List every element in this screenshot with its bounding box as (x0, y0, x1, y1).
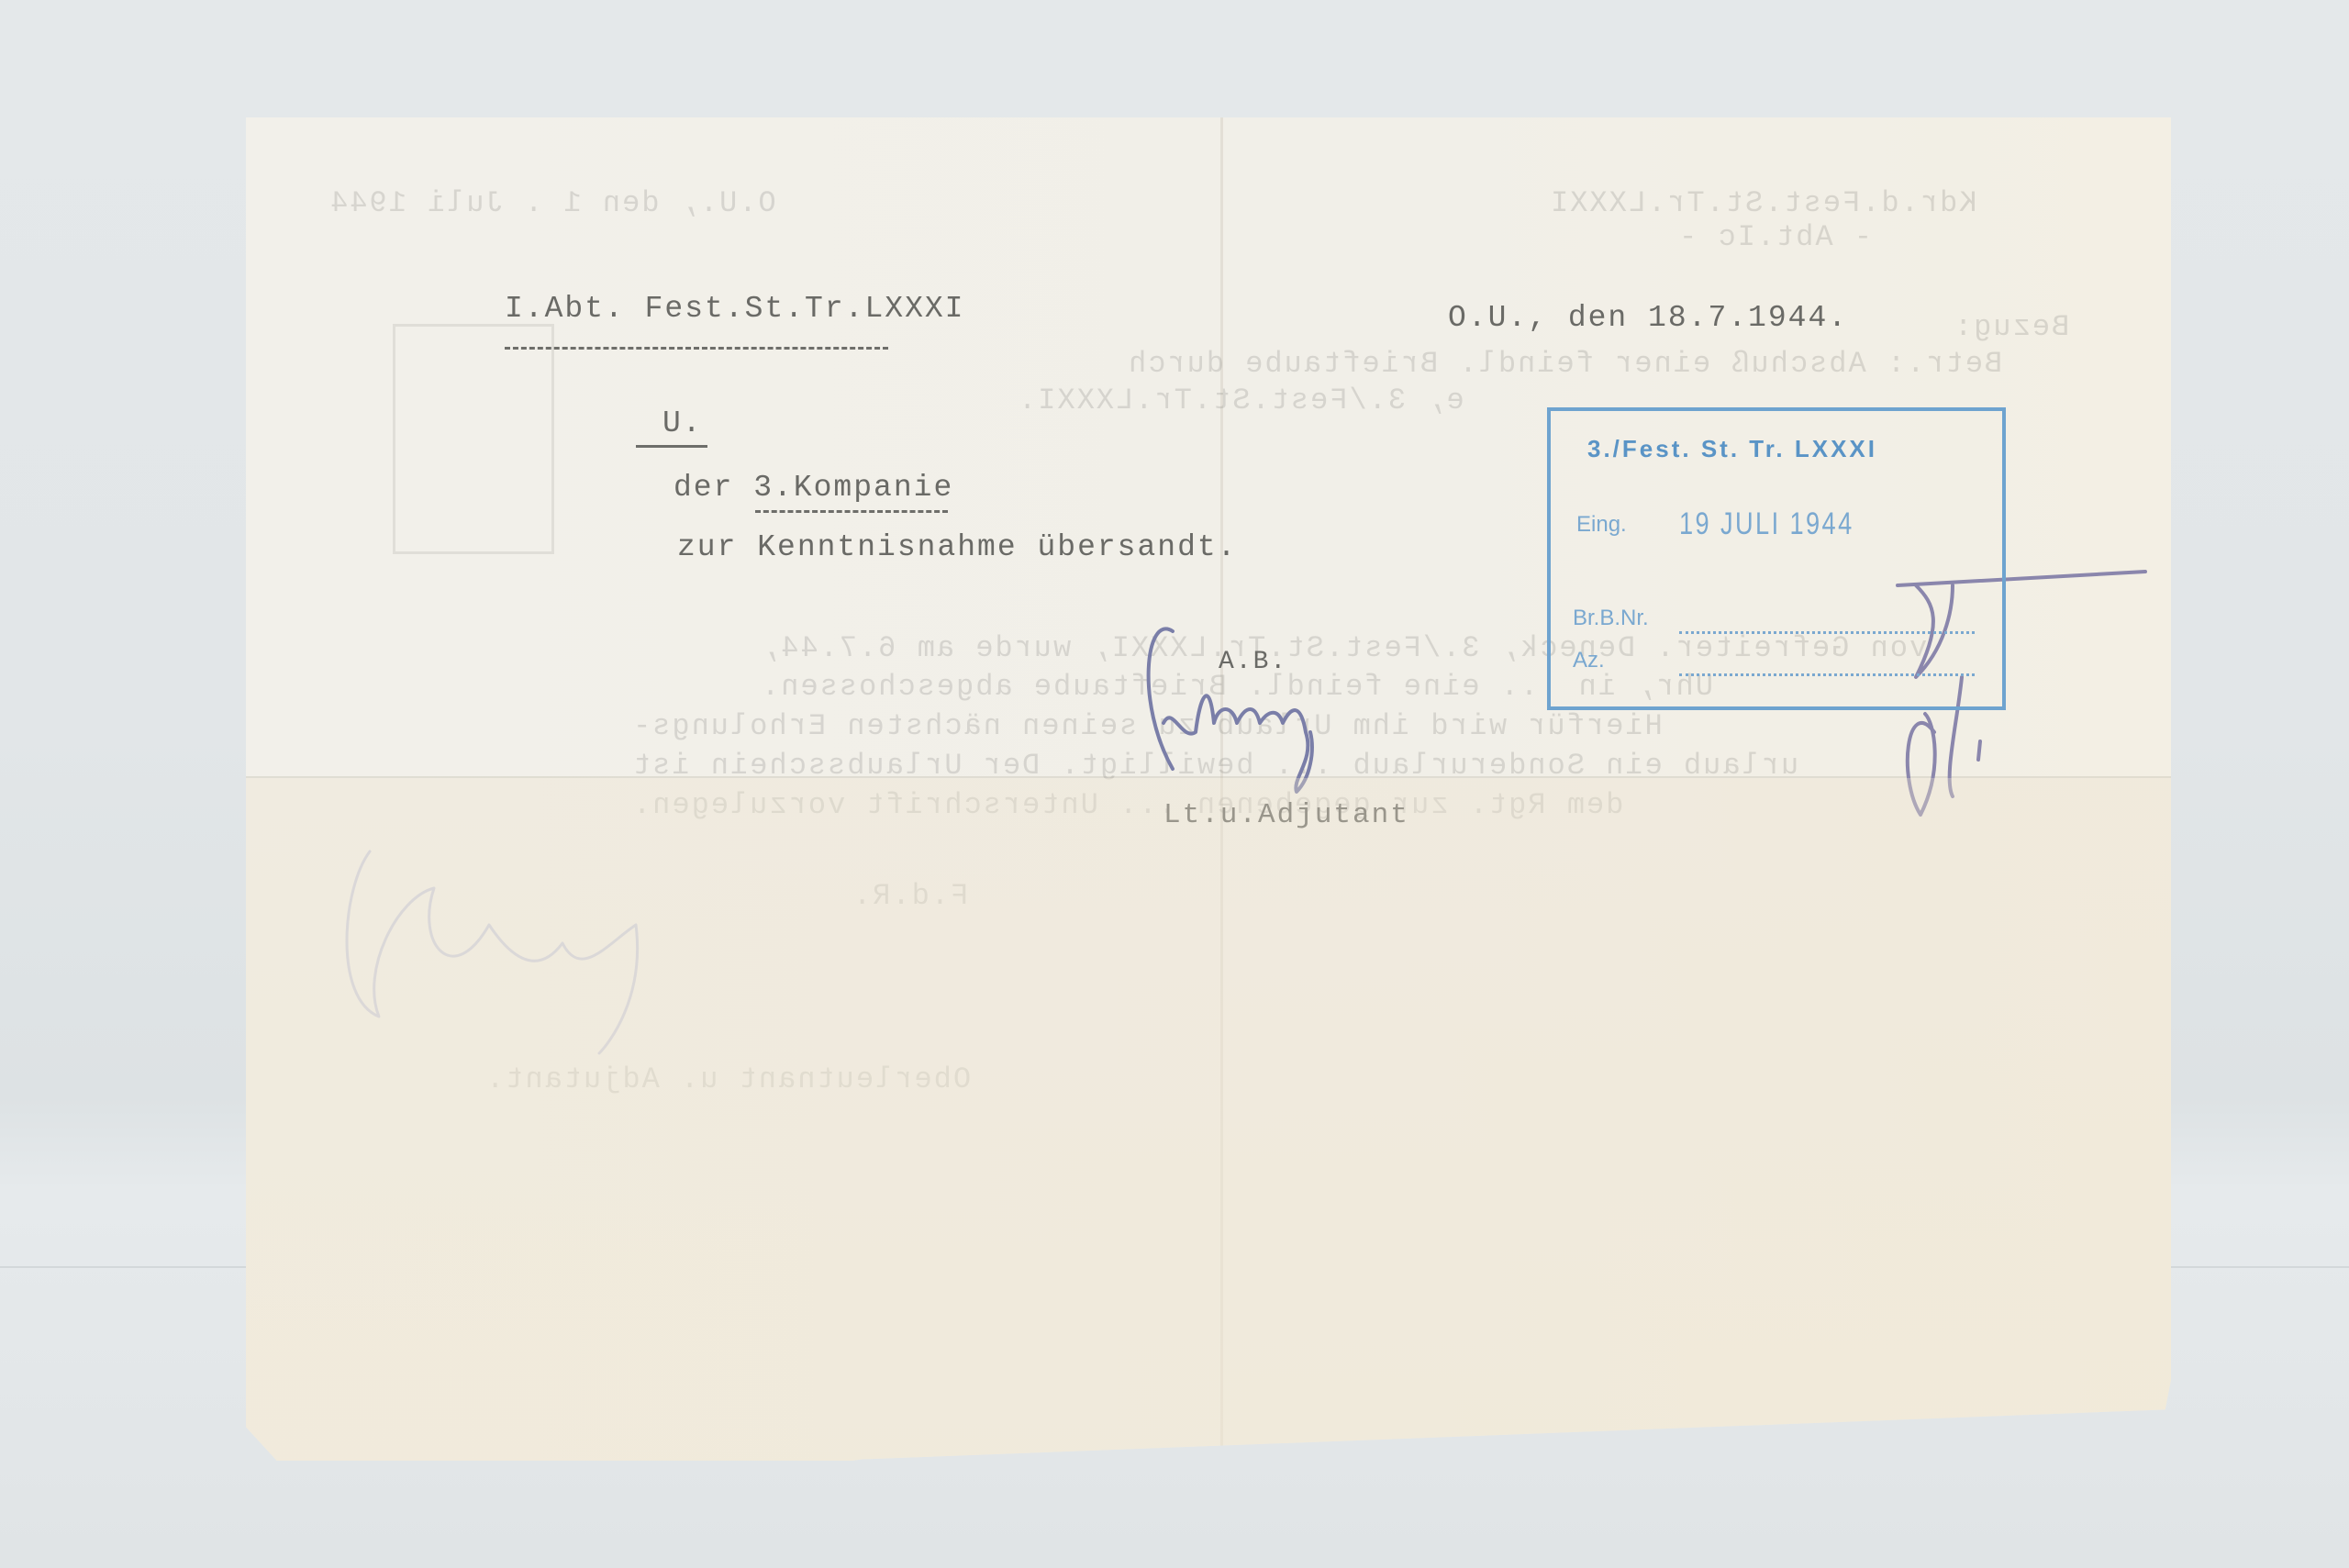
recipient-underline (755, 510, 948, 513)
bleed-through-header-1: Kdr.d.Fest.St.Tr.LXXXI (1549, 186, 1976, 220)
faint-bleed-signature (333, 833, 718, 1062)
bleed-through-header-2: - Abt.Ic - (1677, 220, 1872, 254)
abbreviation-u: U. (662, 406, 703, 440)
bleed-through-fdr: F.d.R. (852, 879, 968, 913)
sender-underline (505, 347, 888, 350)
stamp-file-field (1679, 673, 1975, 676)
purpose-line: zur Kenntnisnahme übersandt. (677, 530, 1238, 564)
bleed-through-bezug: Bezug: (1953, 310, 2069, 344)
place-date: O.U., den 18.7.1944. (1448, 301, 1848, 335)
stamp-received-label: Eing. (1576, 512, 1627, 538)
sender-unit: I.Abt. Fest.St.Tr.LXXXI (505, 292, 964, 326)
bleed-through-date: O.U., den 1 . Juli 1944 (328, 186, 776, 220)
stamp-register-field (1679, 631, 1975, 634)
stamp-file-label: Az. (1573, 648, 1605, 673)
document-paper: O.U., den 1 . Juli 1944 Kdr.d.Fest.St.Tr… (246, 117, 2171, 1461)
bleed-through-stamp-box (393, 324, 554, 554)
abbrev-underline (636, 445, 707, 448)
bleed-through-line-3: e, 3./Fest.St.Tr.LXXXI. (1017, 384, 1464, 417)
bleed-through-betr: Betr.: Abschuß einer feindl. Brieftaube … (1127, 347, 2002, 381)
reception-stamp: 3./Fest. St. Tr. LXXXI Eing. 19 JULI 194… (1547, 407, 2006, 710)
stamp-received-date: 19 JULI 1944 (1679, 506, 1854, 542)
adjutant-signature (1108, 595, 1402, 815)
stamp-register-label: Br.B.Nr. (1573, 606, 1649, 631)
stamp-unit: 3./Fest. St. Tr. LXXXI (1587, 435, 1877, 463)
bleed-through-signer: Oberleutnant u. Adjutant. (484, 1062, 971, 1096)
recipient: der 3.Kompanie (674, 471, 953, 505)
